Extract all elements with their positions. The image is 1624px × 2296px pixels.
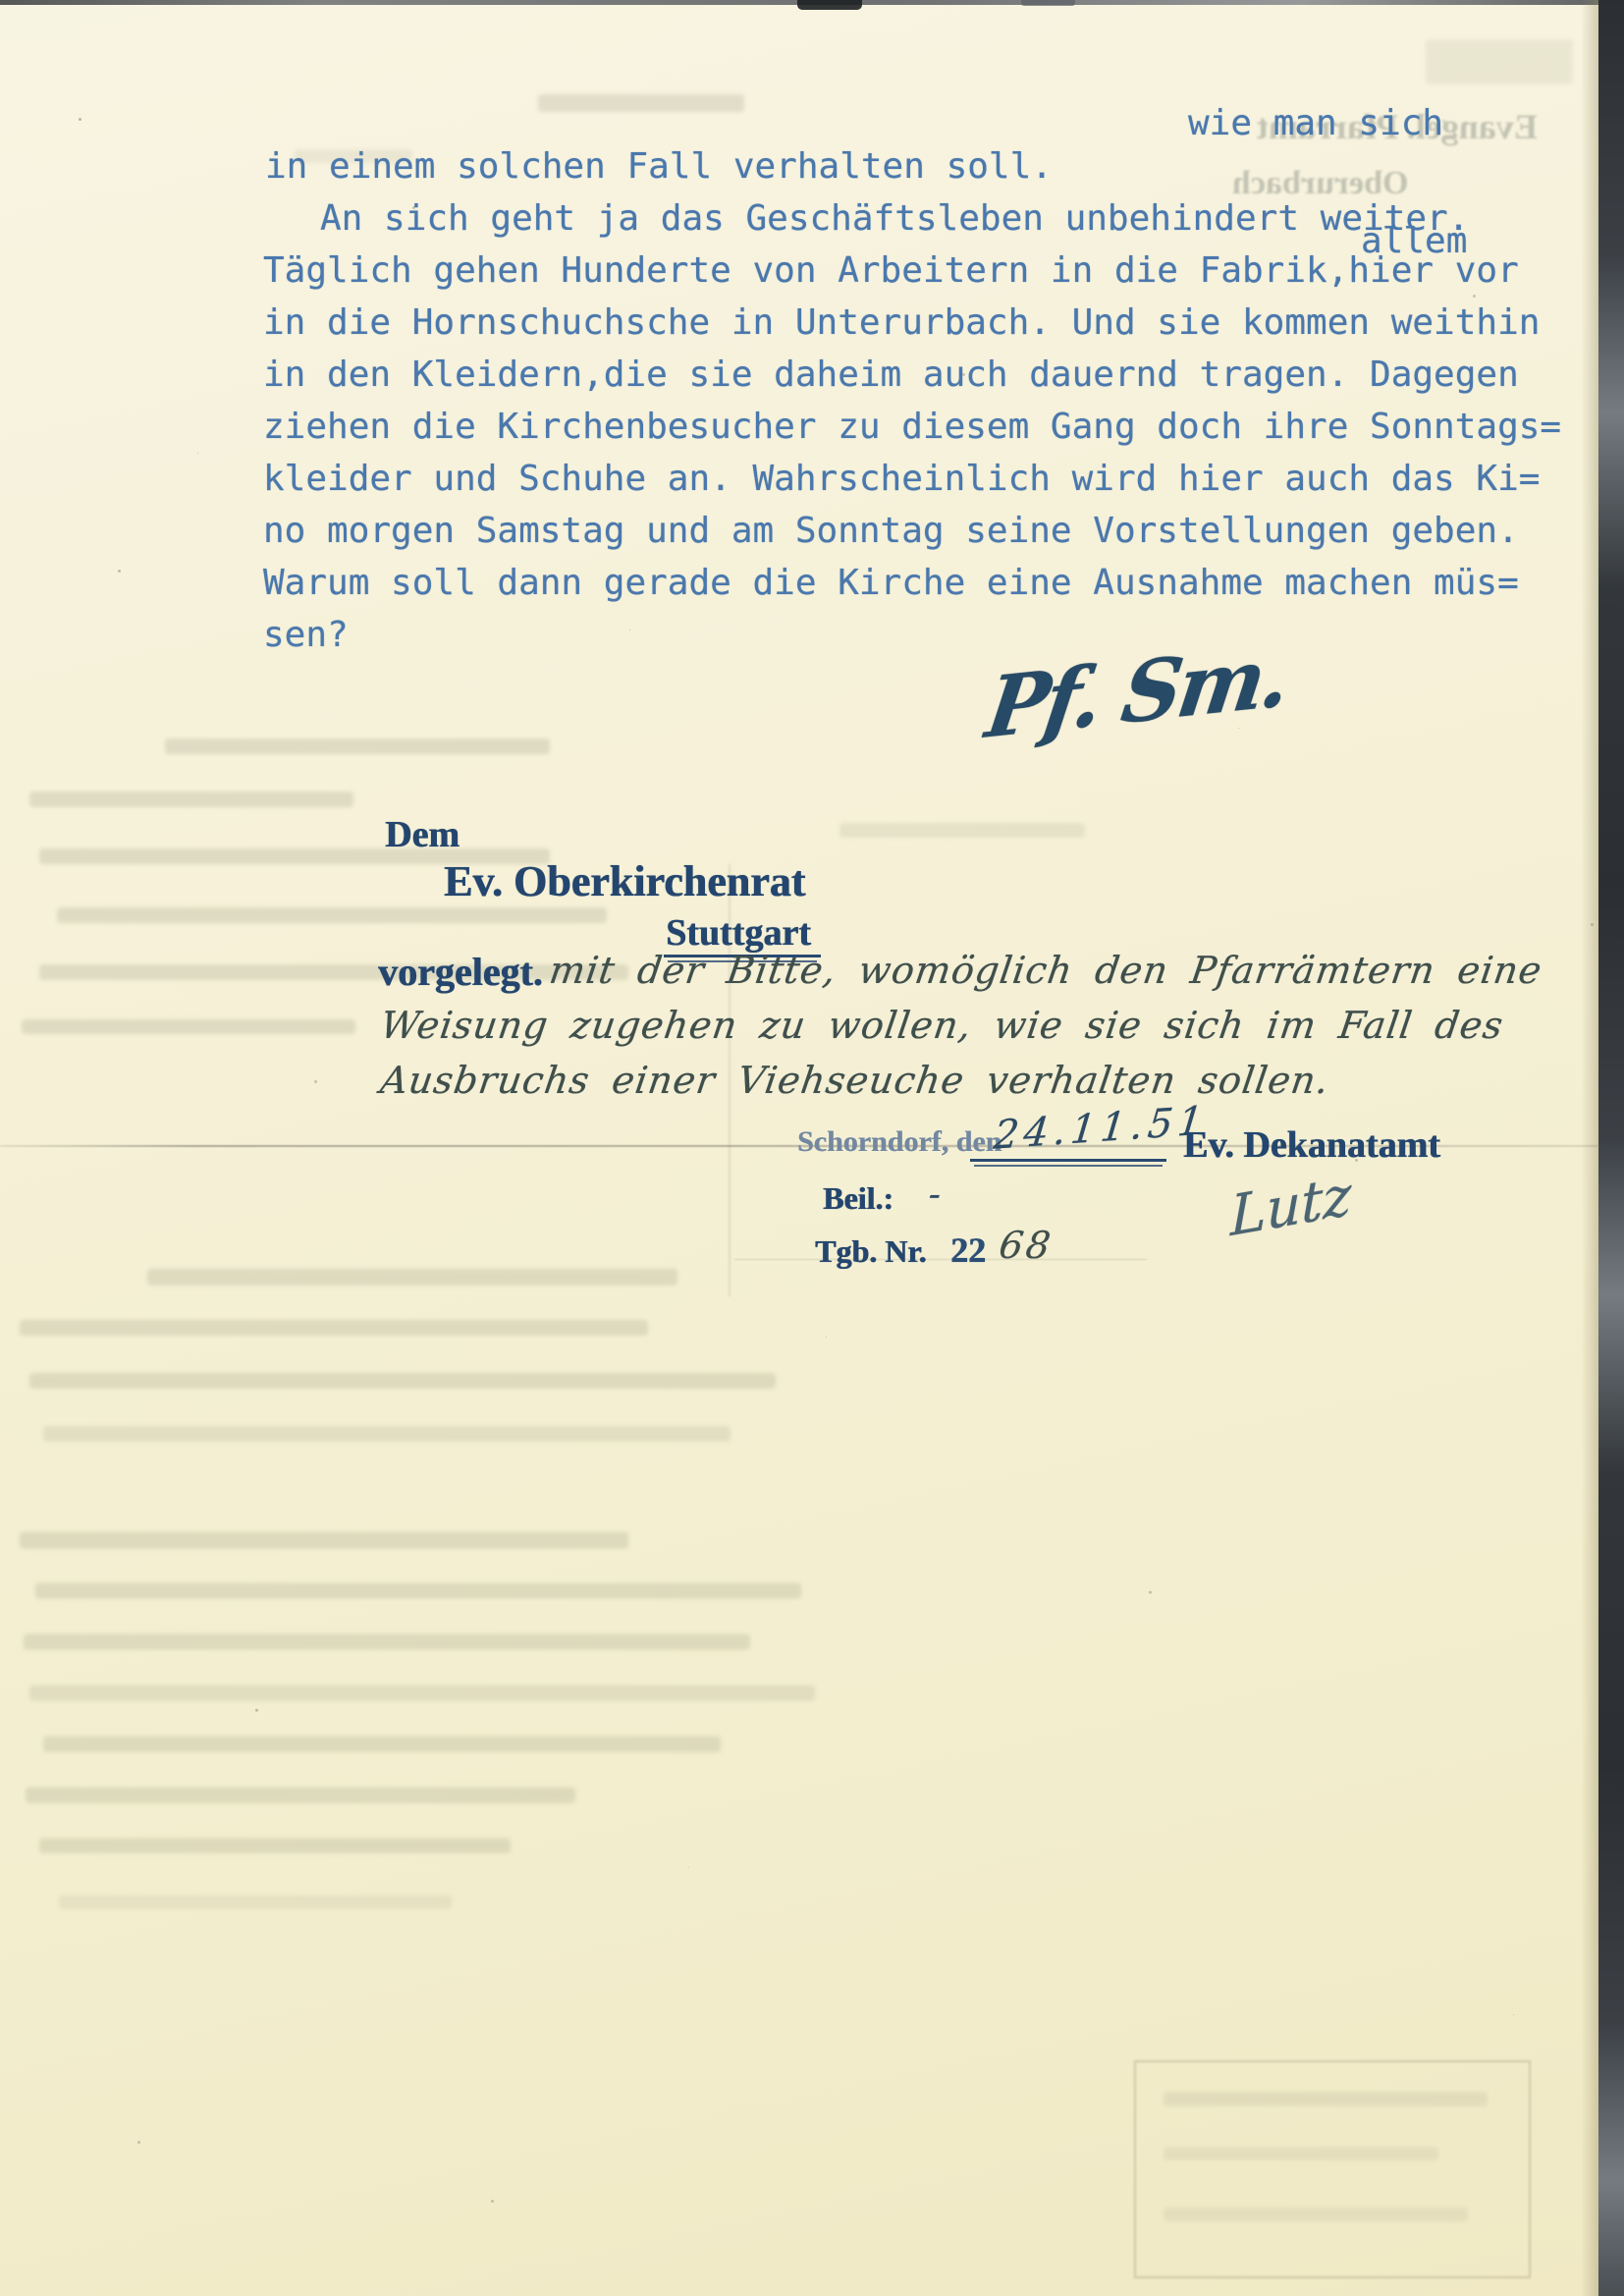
stamp-oberkirchenrat: Ev. Oberkirchenrat (444, 856, 805, 906)
bleed-through-line (1164, 2092, 1488, 2106)
body-line: in die Hornschuchsche in Unterurbach. Un… (263, 305, 1540, 341)
handwritten-note-line: Weisung zugehen zu wollen, wie sie sich … (378, 1004, 1506, 1047)
bleed-through-line (26, 1787, 575, 1803)
body-line: Täglich gehen Hunderte von Arbeitern in … (263, 253, 1519, 289)
stamp-dekanatamt: Ev. Dekanatamt (1183, 1123, 1440, 1167)
stamp-tgb-label: Tgb. Nr. (815, 1233, 935, 1270)
scan-top-mark (797, 0, 862, 10)
handwritten-note-line: mit der Bitte, womöglich den Pfarrämtern… (547, 949, 1545, 992)
bleed-through-line (1164, 2147, 1438, 2160)
bleed-through-line (1164, 2208, 1468, 2221)
bleed-through-line (39, 1838, 511, 1853)
bleed-through-line (59, 1895, 452, 1909)
pastor-signature: Pf. Sm. (981, 627, 1293, 757)
bleed-stamp-line-2: Oberurbach (1232, 165, 1408, 202)
journal-number-handwritten: 68 (997, 1224, 1056, 1267)
bleed-through-line (43, 1736, 721, 1752)
body-line: in den Kleidern,die sie daheim auch daue… (263, 357, 1519, 393)
bleed-through-line (538, 94, 744, 112)
bleed-through-line (839, 823, 1085, 838)
date-underline-2 (974, 1165, 1163, 1167)
bleed-through-line (20, 1320, 648, 1336)
handwritten-beil-value: - (926, 1175, 945, 1215)
stamp-place-date-label: Schorndorf, den (797, 1125, 1001, 1159)
bleed-through-line (35, 1583, 801, 1599)
stamp-vorgelegt: vorgelegt. (378, 949, 543, 995)
journal-number-stamped: 22 (950, 1230, 986, 1271)
body-line: sen? (263, 618, 349, 653)
stamp-dem: Dem (385, 813, 460, 856)
stamp-beil-label: Beil.: (823, 1180, 901, 1217)
date-underline (970, 1159, 1166, 1162)
body-line: ziehen die Kirchenbesucher zu diesem Gan… (263, 410, 1561, 445)
scanned-letter-page: Evangel. Pfarramt Oberurbach wie man sic… (0, 0, 1624, 2296)
bleed-through-line (29, 1373, 776, 1389)
bleed-through-line (147, 1269, 677, 1285)
bleed-through-line (43, 1426, 731, 1442)
body-line: kleider und Schuhe an. Wahrscheinlich wi… (263, 462, 1540, 497)
bleed-through-line (29, 792, 353, 807)
scan-top-mark-2 (1021, 0, 1075, 6)
handwritten-note-line: Ausbruchs einer Viehseuche verhalten sol… (378, 1059, 1332, 1102)
paper-edge-shadow (1581, 0, 1598, 2296)
bleed-through-line (165, 738, 550, 754)
dean-signature: Lutz (1230, 1164, 1351, 1250)
handwritten-date: 24.11.51 (992, 1098, 1210, 1159)
bleed-through-line (1426, 39, 1573, 84)
bleed-through-line (24, 1634, 750, 1650)
bleed-through-line (29, 1685, 815, 1701)
bleed-through-line (20, 1532, 628, 1549)
bleed-through-line (57, 907, 607, 923)
paper-speckles (79, 118, 81, 121)
typed-insert-top-right: wie man sich (1188, 106, 1443, 141)
body-line: in einem solchen Fall verhalten soll. (265, 149, 1053, 185)
body-line: Warum soll dann gerade die Kirche eine A… (263, 566, 1519, 601)
bleed-through-line (22, 1019, 355, 1034)
body-line: no morgen Samstag und am Sonntag seine V… (263, 514, 1519, 549)
scan-right-border (1598, 0, 1624, 2296)
fold-crease-horizontal-2 (734, 1259, 1147, 1260)
body-line: An sich geht ja das Geschäftsleben unbeh… (320, 201, 1469, 237)
